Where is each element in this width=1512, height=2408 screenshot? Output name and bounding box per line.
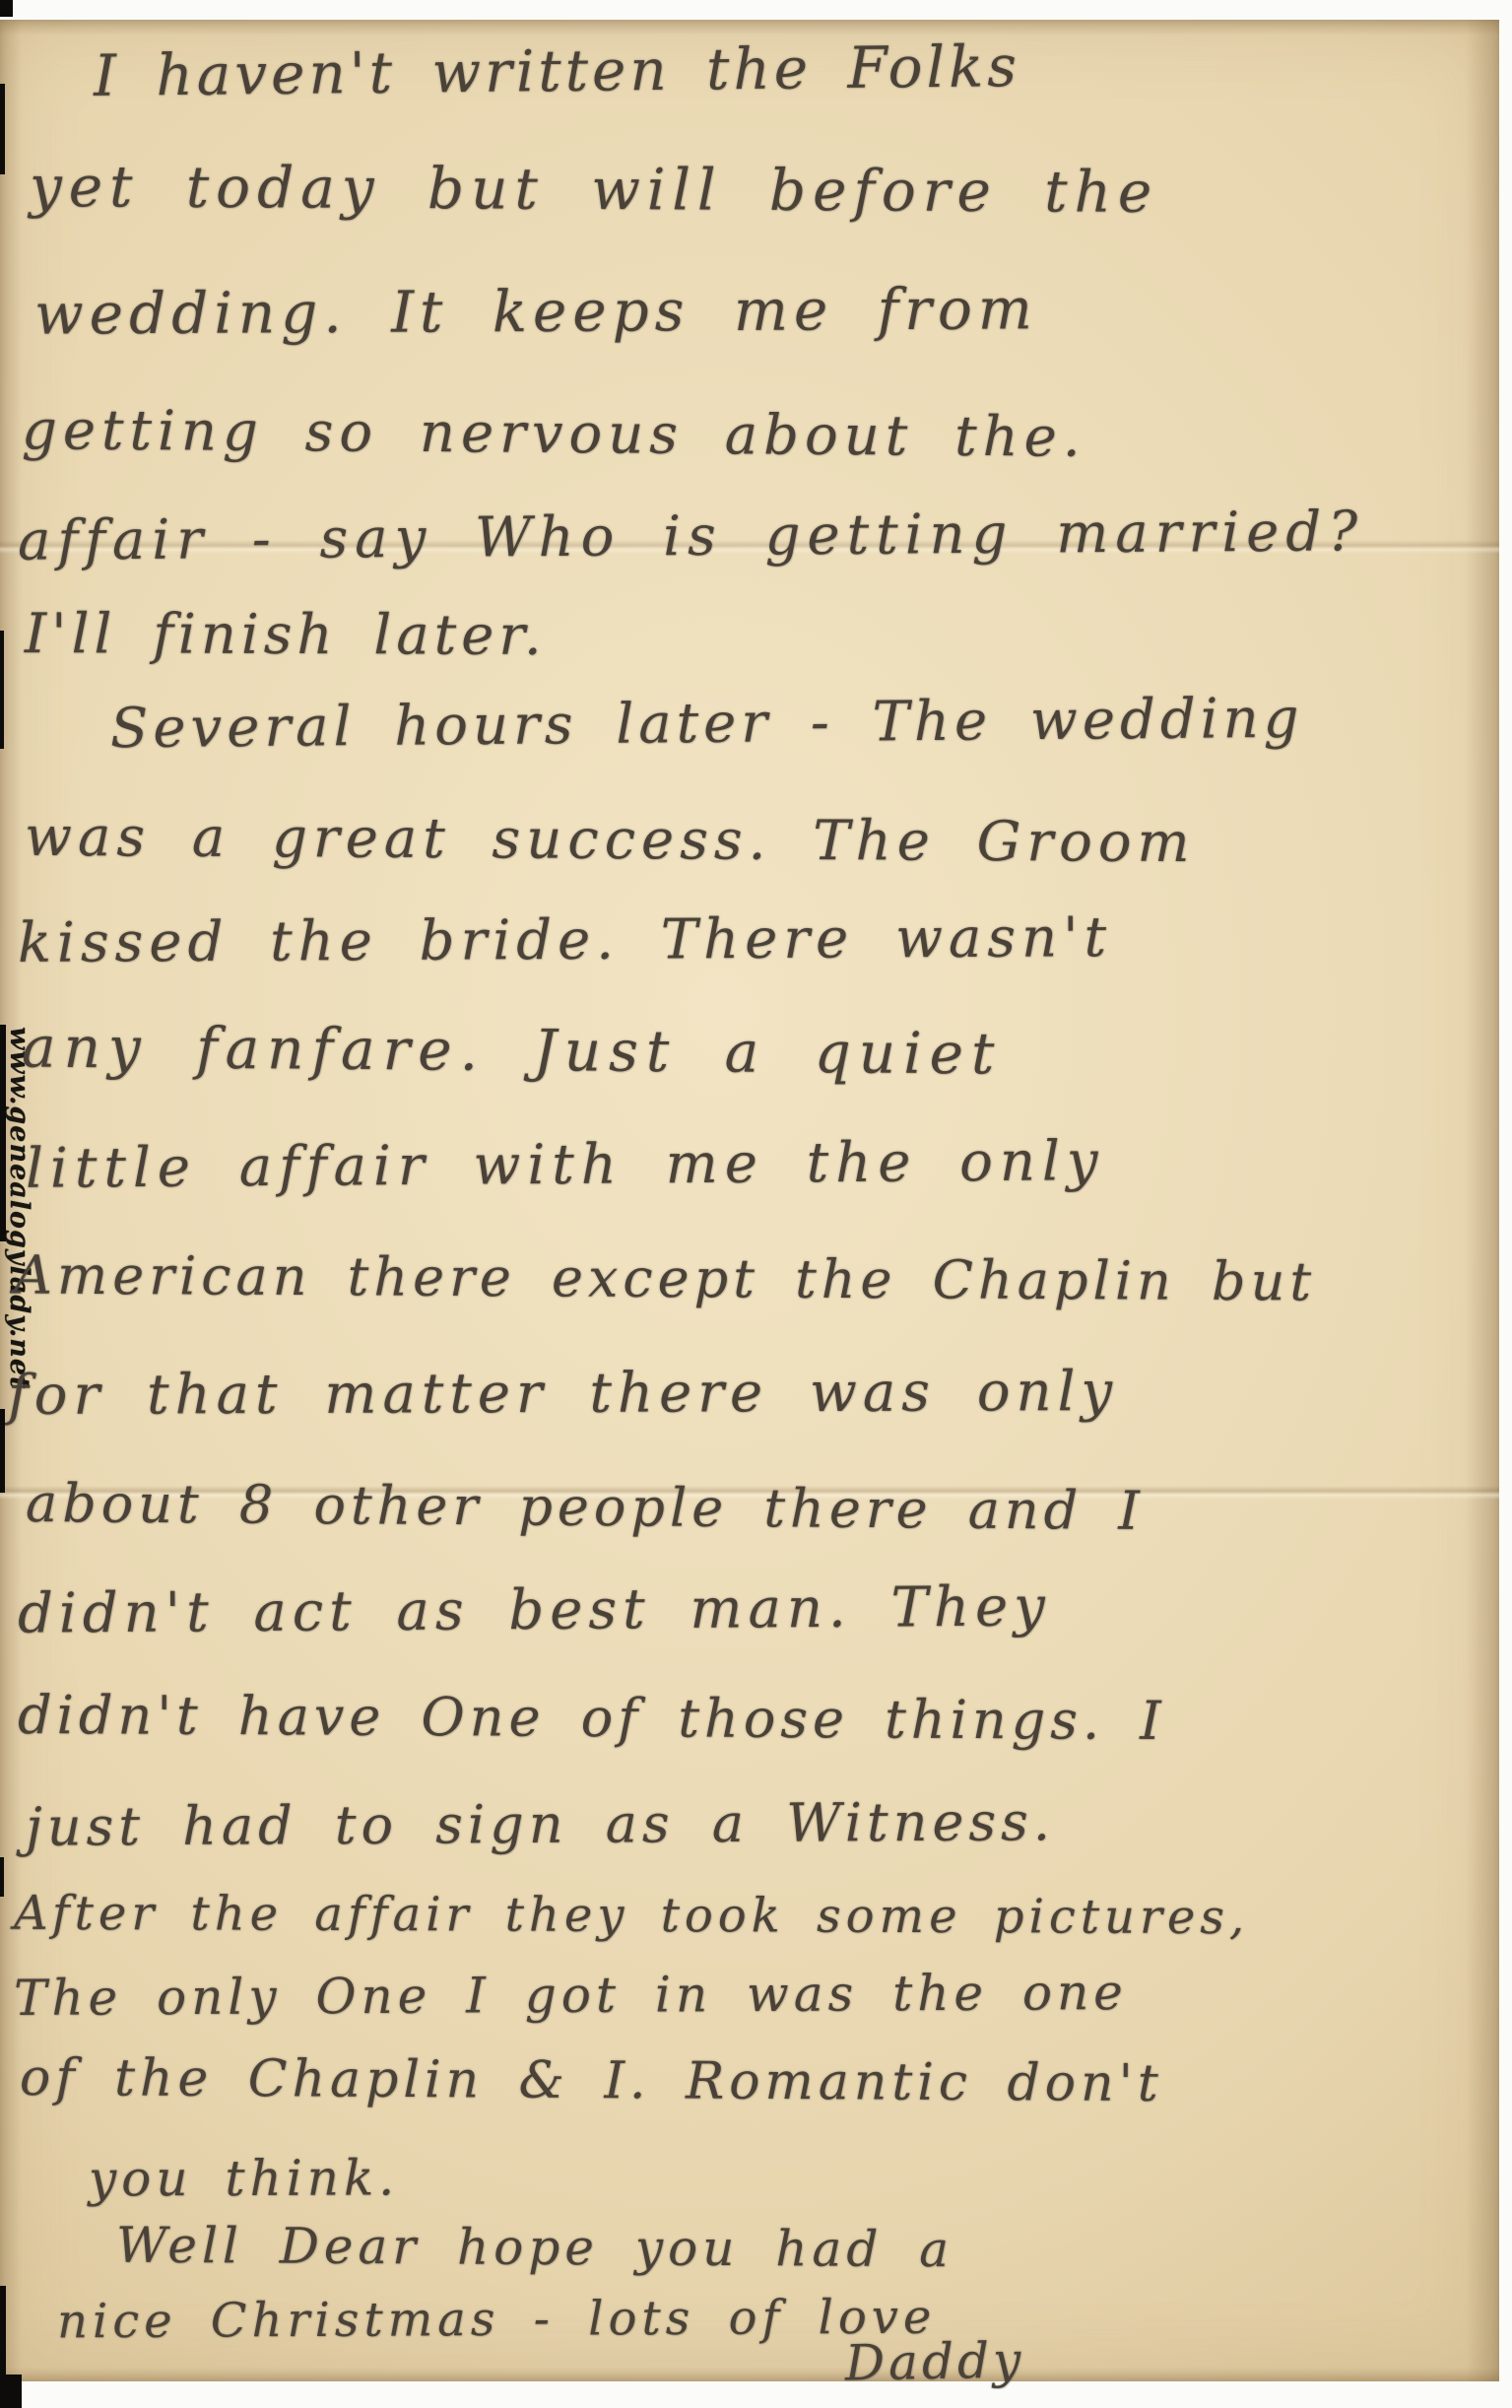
letter-line: getting so nervous about the. (22, 398, 1086, 470)
letter-line: wedding. It keeps me from (34, 275, 1038, 347)
scanned-letter: www.genealogylady.net I haven't written … (0, 0, 1512, 2408)
letter-line: After the affair they took some pictures… (14, 1886, 1249, 1945)
letter-line: of the Chaplin & I. Romantic don't (20, 2048, 1163, 2113)
letter-line: kissed the bride. There wasn't (18, 905, 1112, 975)
letter-paper: www.genealogylady.net I haven't written … (0, 20, 1499, 2381)
paper-edge-shadow-top (0, 20, 1499, 35)
scan-artifact (0, 1409, 5, 1493)
scan-artifact (0, 1025, 6, 1241)
letter-line: nice Christmas - lots of love (57, 2290, 937, 2350)
letter-line: Several hours later - The wedding (110, 687, 1304, 762)
letter-line: didn't have One of those things. I (18, 1684, 1166, 1752)
scan-artifact (0, 84, 5, 174)
letter-line: American there except the Chaplin but (14, 1244, 1316, 1313)
letter-line: you think. (89, 2149, 399, 2207)
letter-line: yet today but will before the (30, 153, 1159, 226)
scan-artifact (0, 2375, 22, 2408)
paper-edge-shadow-right (1466, 20, 1499, 2381)
letter-line: was a great success. The Groom (25, 805, 1196, 875)
signature: Daddy (845, 2331, 1025, 2391)
letter-line: The only One I got in was the one (14, 1964, 1128, 2027)
scan-artifact (0, 0, 13, 17)
letter-line: affair - say Who is getting married? (18, 500, 1365, 573)
letter-line: just had to sign as a Witness. (26, 1790, 1055, 1857)
paper-edge-shadow-bottom (0, 2368, 1499, 2381)
letter-line: I'll finish later. (25, 602, 547, 668)
letter-line: didn't act as best man. They (18, 1574, 1051, 1645)
letter-line: any fanfare. Just a quiet (22, 1014, 1003, 1088)
letter-line: for that matter there was only (8, 1360, 1118, 1428)
letter-line: about 8 other people there and I (26, 1472, 1145, 1542)
watermark-text: www.genealogylady.net (4, 1027, 34, 1390)
letter-line: I haven't written the Folks (94, 33, 1021, 109)
scan-artifact (0, 631, 4, 749)
letter-line: little affair with me the only (26, 1129, 1105, 1201)
letter-line: Well Dear hope you had a (116, 2217, 953, 2278)
scan-artifact (0, 1857, 4, 1897)
